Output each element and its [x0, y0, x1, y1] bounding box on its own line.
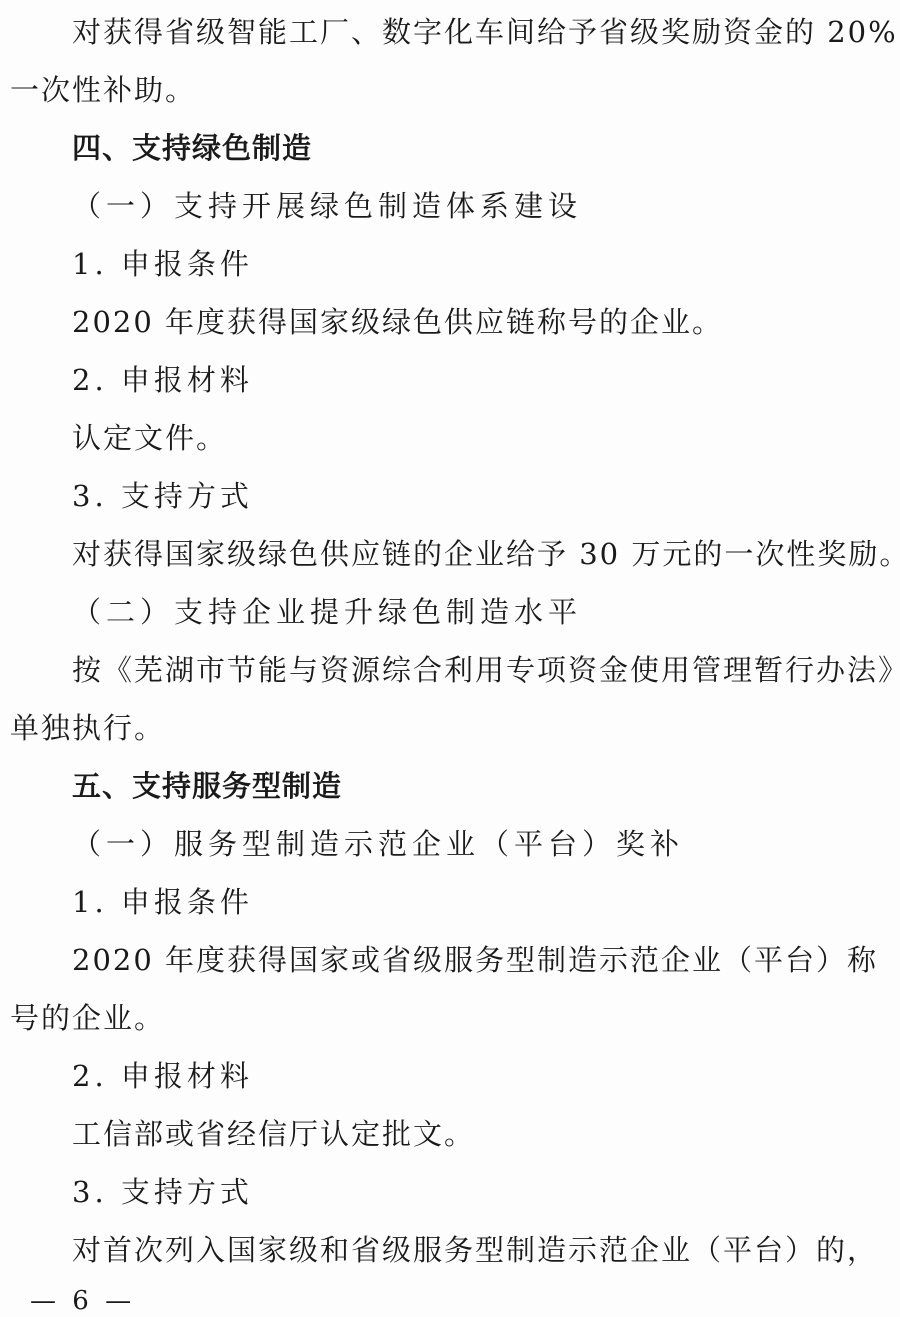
section-heading-green-manufacturing: 四、支持绿色制造	[72, 128, 312, 168]
page-number: — 6 —	[30, 1285, 135, 1317]
subsection-heading-green-level: （二）支持企业提升绿色制造水平	[72, 592, 582, 632]
paragraph-energy-fund-reference: 按《芜湖市节能与资源综合利用专项资金使用管理暂行办法》	[72, 650, 900, 690]
paragraph-service-demo-condition: 2020 年度获得国家或省级服务型制造示范企业（平台）称	[72, 940, 878, 980]
paragraph-continuation: 一次性补助。	[10, 70, 196, 110]
paragraph-green-supply-chain-condition: 2020 年度获得国家级绿色供应链称号的企业。	[72, 302, 723, 342]
subsection-heading-service-demo: （一）服务型制造示范企业（平台）奖补	[72, 824, 684, 864]
subsection-heading-green-system: （一）支持开展绿色制造体系建设	[72, 186, 582, 226]
paragraph-continuation: 单独执行。	[10, 708, 165, 748]
item-support-method: 3. 支持方式	[72, 1172, 253, 1212]
document-page: 对获得省级智能工厂、数字化车间给予省级奖励资金的 20% 一次性补助。 四、支持…	[0, 0, 900, 1317]
paragraph-service-demo-award: 对首次列入国家级和省级服务型制造示范企业（平台）的，	[72, 1230, 878, 1270]
item-application-conditions: 1. 申报条件	[72, 882, 253, 922]
paragraph-continuation: 号的企业。	[10, 998, 165, 1038]
item-application-conditions: 1. 申报条件	[72, 244, 253, 284]
item-application-materials: 2. 申报材料	[72, 1056, 253, 1096]
item-application-materials: 2. 申报材料	[72, 360, 253, 400]
paragraph-certification-docs: 认定文件。	[72, 418, 227, 458]
section-heading-service-manufacturing: 五、支持服务型制造	[72, 766, 342, 806]
paragraph-intelligent-factory-subsidy: 对获得省级智能工厂、数字化车间给予省级奖励资金的 20%	[72, 12, 898, 52]
item-support-method: 3. 支持方式	[72, 476, 253, 516]
paragraph-approval-docs: 工信部或省经信厅认定批文。	[72, 1114, 475, 1154]
paragraph-green-supply-chain-award: 对获得国家级绿色供应链的企业给予 30 万元的一次性奖励。	[72, 534, 900, 574]
